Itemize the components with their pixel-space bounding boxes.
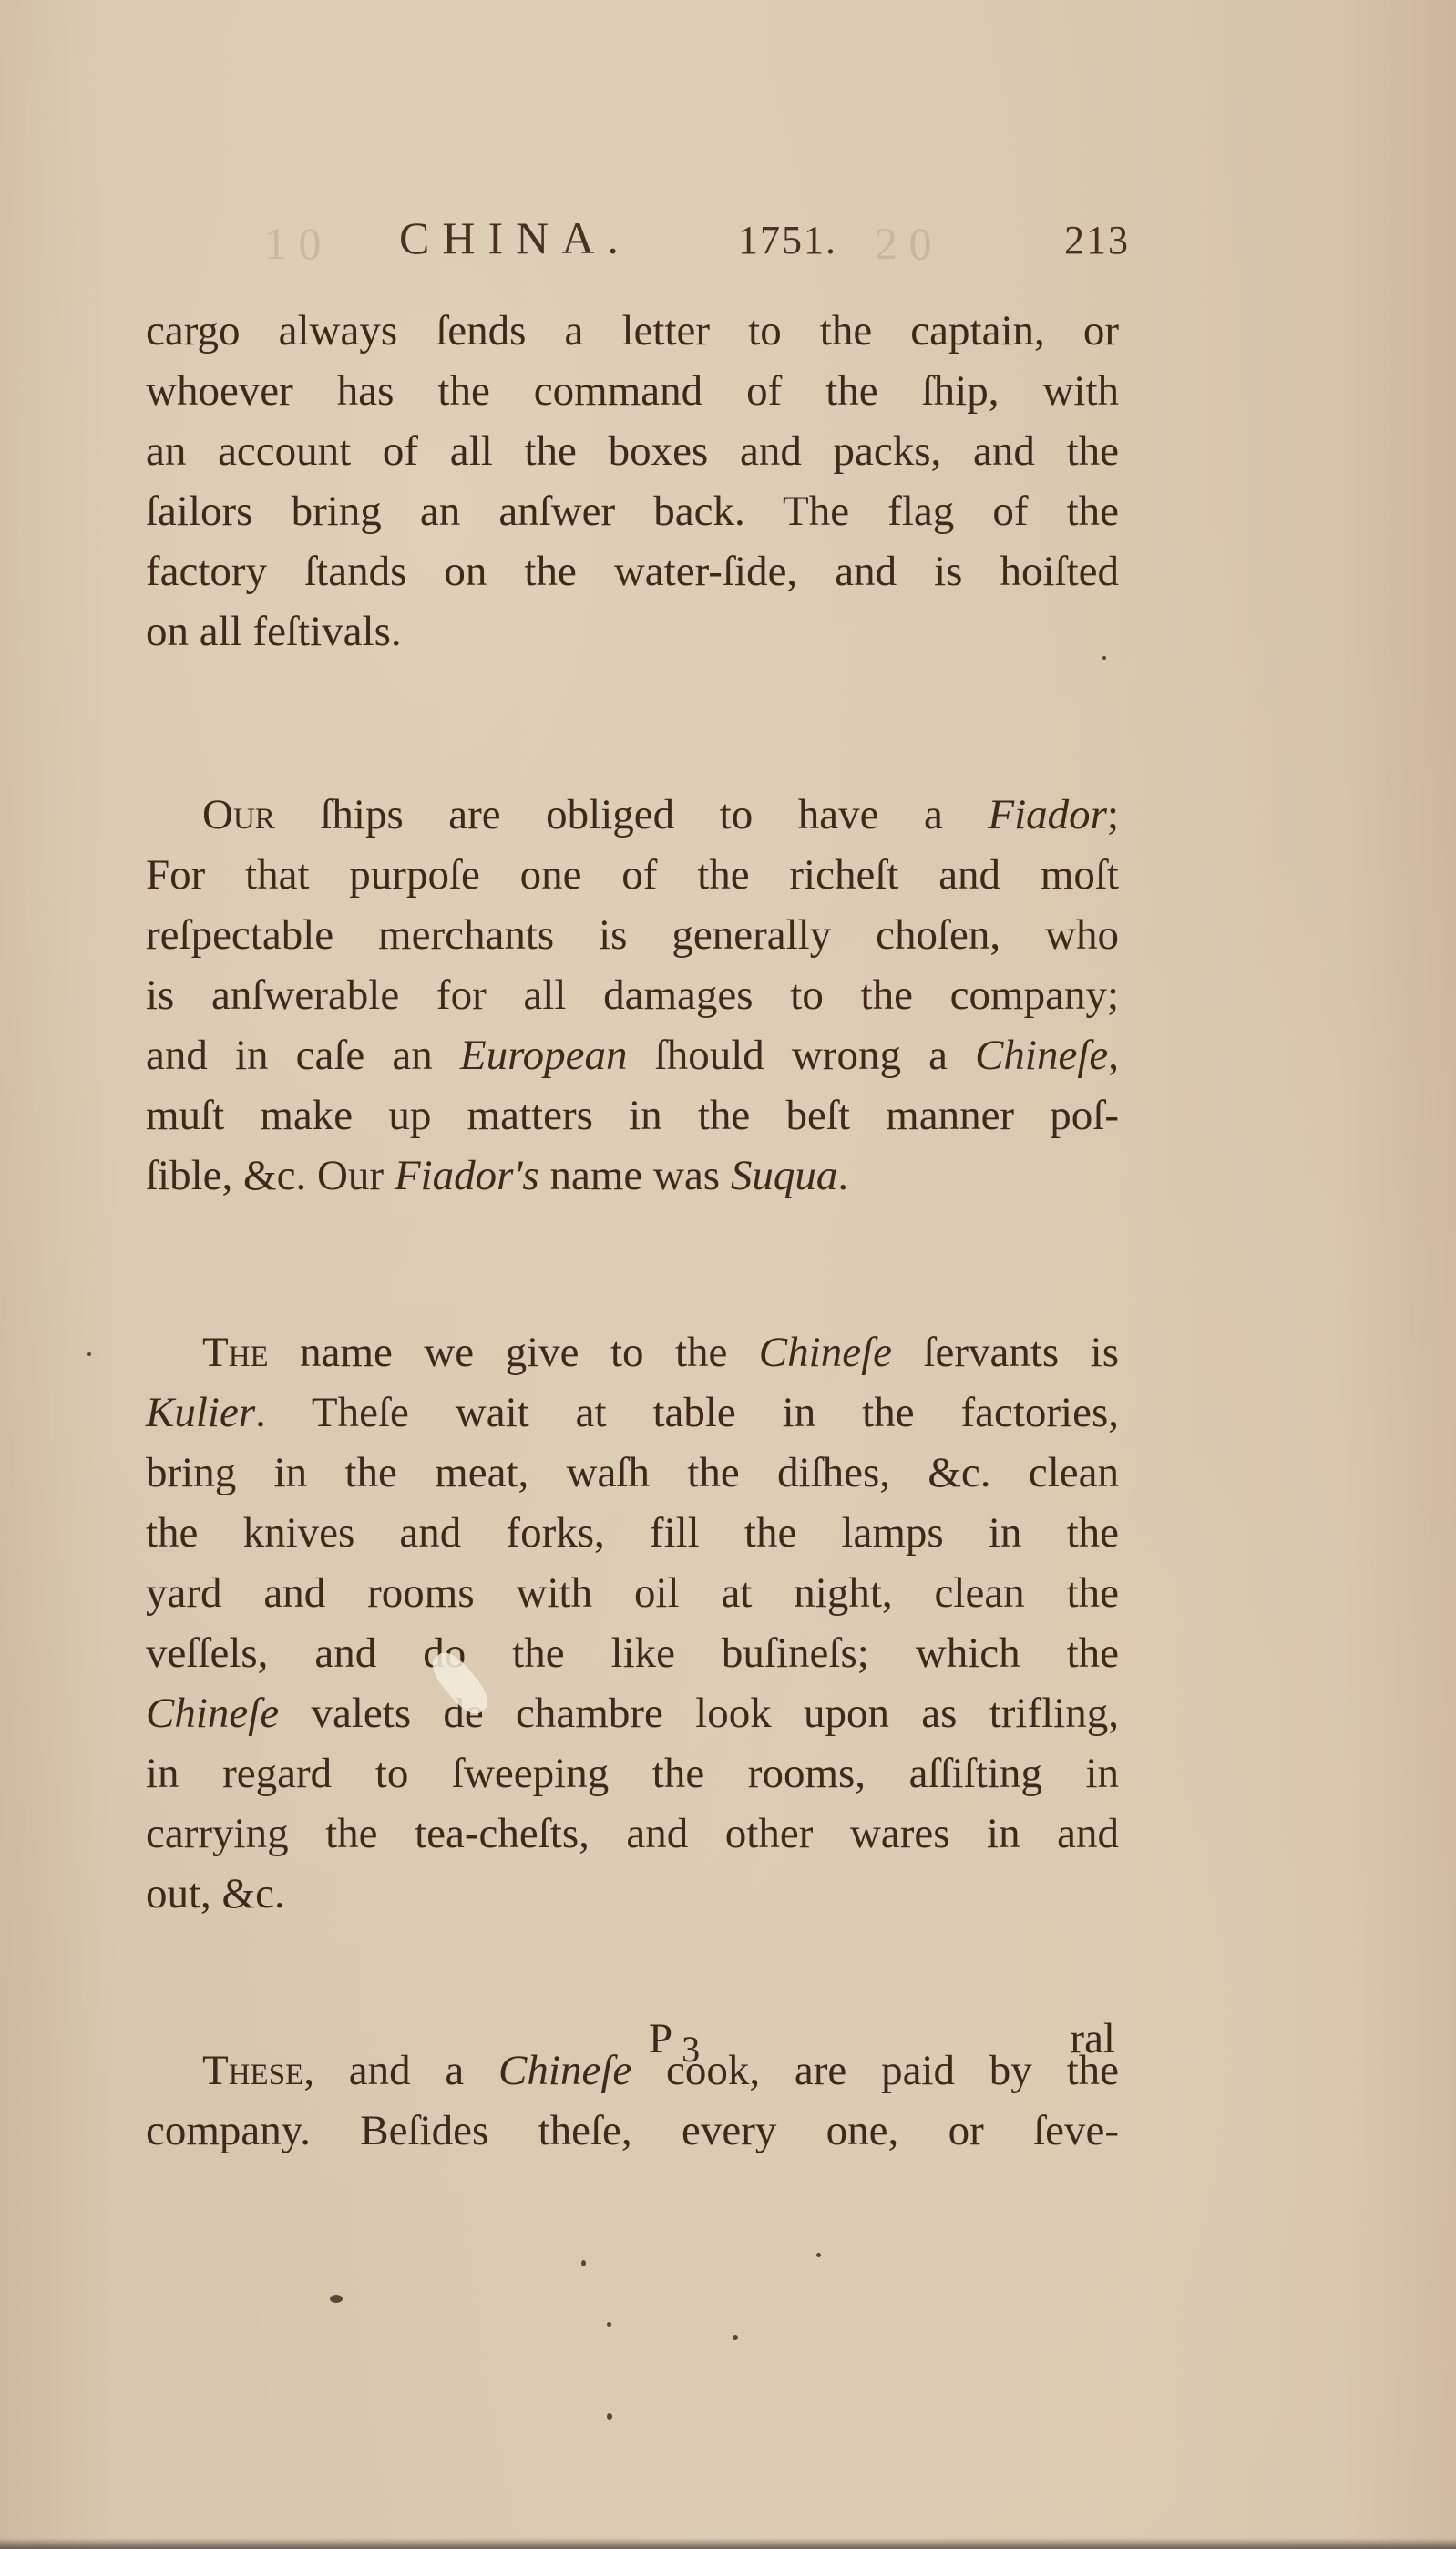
catchword: ral xyxy=(1070,2014,1115,2063)
text-line: Our ſhips are obliged to have a Fiador; xyxy=(146,785,1119,845)
book-page: 1 0 2 0 CHINA. 1751. 213 cargo always ſe… xyxy=(0,0,1456,2549)
page-number: 213 xyxy=(1064,217,1130,263)
signature-mark: P3 xyxy=(649,2014,700,2063)
text-line: and in caſe an European ſhould wrong a C… xyxy=(146,1025,1119,1085)
text-line: in regard to ſweeping the rooms, aſſiſti… xyxy=(146,1743,1119,1804)
paragraph-gap xyxy=(146,662,1119,785)
text-line: bring in the meat, waſh the diſhes, &c. … xyxy=(146,1443,1119,1503)
paper-speck xyxy=(330,2295,343,2303)
text-line: muſt make up matters in the beſt manner … xyxy=(146,1085,1119,1146)
text-line: carrying the tea-cheſts, and other wares… xyxy=(146,1804,1119,1864)
paper-speck xyxy=(733,2335,738,2340)
paragraph-3: The name we give to the Chineſe ſervants… xyxy=(146,1322,1119,1924)
paper-speck xyxy=(607,2322,611,2327)
italic-term: Chineſe xyxy=(975,1032,1108,1079)
page-edge-shadow xyxy=(0,2538,1456,2549)
italic-term: Chineſe xyxy=(759,1329,892,1376)
text-line: ſailors bring an anſwer back. The flag o… xyxy=(146,481,1119,541)
text-line: For that purpoſe one of the richeſt and … xyxy=(146,845,1119,905)
italic-term: Chineſe xyxy=(146,1690,279,1737)
paper-speck xyxy=(816,2253,821,2257)
text-line: Chineſe valets de chambre look upon as t… xyxy=(146,1683,1119,1743)
text-line: ſible, &c. Our Fiador's name was Suqua. xyxy=(146,1146,1119,1206)
text-line: the knives and forks, fill the lamps in … xyxy=(146,1503,1119,1563)
small-caps-lead: The xyxy=(202,1329,269,1376)
italic-term: European xyxy=(460,1032,628,1079)
text-line: The name we give to the Chineſe ſervants… xyxy=(146,1322,1119,1382)
text-line: cargo always ſends a letter to the capta… xyxy=(146,301,1119,361)
text-line: Kulier. Theſe wait at table in the facto… xyxy=(146,1382,1119,1443)
text-line: is anſwerable for all damages to the com… xyxy=(146,965,1119,1025)
text-line: factory ſtands on the water-ſide, and is… xyxy=(146,541,1119,601)
paper-speck xyxy=(607,2413,612,2420)
running-head-year: 1751. xyxy=(738,217,837,263)
text-line: reſpectable merchants is generally choſe… xyxy=(146,905,1119,965)
italic-term: Fiador xyxy=(988,791,1107,838)
text-line: an account of all the boxes and packs, a… xyxy=(146,421,1119,481)
text-line: veſſels, and do the like buſineſs; which… xyxy=(146,1623,1119,1683)
paragraph-gap xyxy=(146,1206,1119,1322)
text-line: whoever has the command of the ſhip, wit… xyxy=(146,361,1119,421)
footer-line: P3 ral xyxy=(146,2014,1119,2074)
italic-term: Fiador's xyxy=(395,1152,539,1199)
italic-term: Suqua xyxy=(731,1152,838,1199)
running-head-title: CHINA. xyxy=(399,211,631,264)
show-through-mark: 1 0 xyxy=(264,217,322,270)
running-head: CHINA. 1751. 213 xyxy=(383,211,1130,275)
paragraph-1: cargo always ſends a letter to the capta… xyxy=(146,301,1119,662)
small-caps-lead: Our xyxy=(202,791,275,838)
paragraph-2: Our ſhips are obliged to have a Fiador; … xyxy=(146,785,1119,1206)
paper-speck xyxy=(1102,656,1106,660)
italic-term: Kulier xyxy=(146,1389,255,1436)
text-line: yard and rooms with oil at night, clean … xyxy=(146,1563,1119,1623)
body-text: cargo always ſends a letter to the capta… xyxy=(146,301,1119,2161)
text-line: company. Beſides theſe, every one, or ſe… xyxy=(146,2101,1119,2161)
text-line: out, &c. xyxy=(146,1864,1119,1924)
paper-speck xyxy=(581,2260,586,2266)
text-line: on all feſtivals. xyxy=(146,601,1119,662)
paper-speck xyxy=(87,1352,91,1356)
